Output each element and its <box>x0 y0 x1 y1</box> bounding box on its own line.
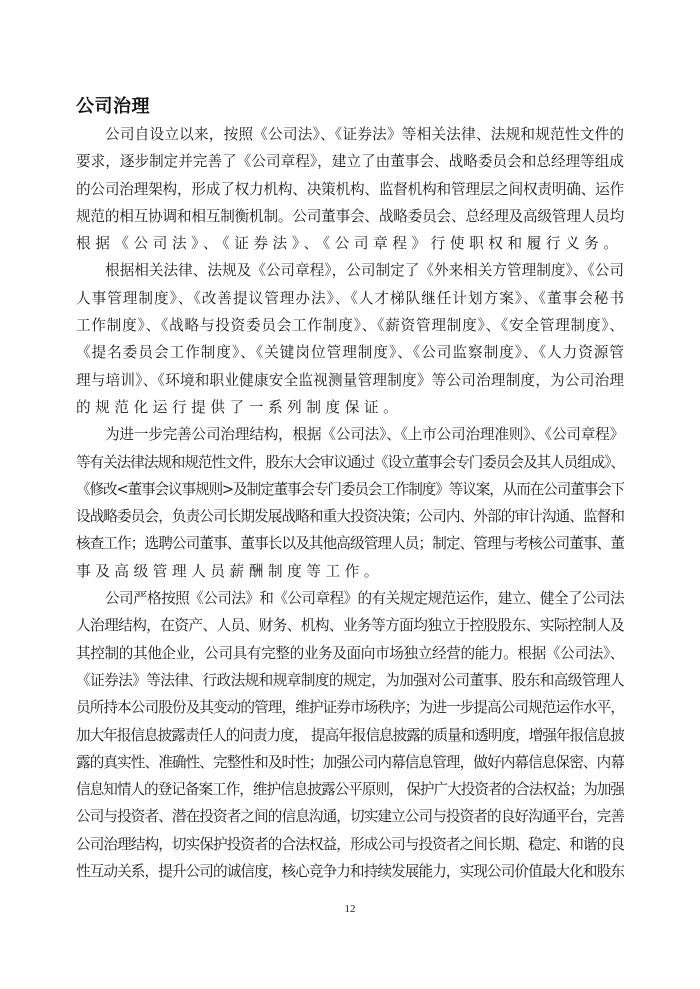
body-text: 公司自设立以来，按照《公司法》、《证券法》等相关法律、法规和规范性文件的要求，逐… <box>76 121 624 885</box>
text-line: 人治理结构，在资产、人员、财务、机构、业务等方面均独立于控股股东、实际控制人及 <box>76 612 624 639</box>
text-line: 核查工作；选聘公司董事、董事长以及其他高级管理人员；制定、管理与考核公司董事、董 <box>76 530 624 557</box>
section-heading: 公司治理 <box>76 92 150 118</box>
text-line: 加大年报信息披露责任人的问责力度， 提高年报信息披露的质量和透明度，增强年报信息… <box>76 722 624 749</box>
text-line: 等有关法律法规和规范性文件，股东大会审议通过《设立董事会专门委员会及其人员组成》… <box>76 449 624 476</box>
text-line: 《证券法》等法律、行政法规和规章制度的规定，为加强对公司董事、股东和高级管理人 <box>76 667 624 694</box>
text-line: 为进一步完善公司治理结构，根据《公司法》、《上市公司治理准则》、《公司章程》 <box>76 421 624 448</box>
text-line: 规范的相互协调和相互制衡机制。公司董事会、战略委员会、总经理及高级管理人员均 <box>76 203 624 230</box>
text-line: 公司与投资者、潜在投资者之间的信息沟通，切实建立公司与投资者的良好沟通平台，完善 <box>76 803 624 830</box>
text-line: 公司自设立以来，按照《公司法》、《证券法》等相关法律、法规和规范性文件的 <box>76 121 624 148</box>
page-number: 12 <box>0 903 700 915</box>
text-line: 要求，逐步制定并完善了《公司章程》，建立了由董事会、战略委员会和总经理等组成 <box>76 148 624 175</box>
text-line: 设战略委员会，负责公司长期发展战略和重大投资决策；公司内、外部的审计沟通、监督和 <box>76 503 624 530</box>
text-line: 性互动关系，提升公司的诚信度，核心竞争力和持续发展能力，实现公司价值最大化和股东 <box>76 858 624 885</box>
text-line: 其控制的其他企业，公司具有完整的业务及面向市场独立经营的能力。根据《公司法》、 <box>76 640 624 667</box>
text-line: 公司治理结构，切实保护投资者的合法权益，形成公司与投资者之间长期、稳定、和谐的良 <box>76 831 624 858</box>
text-line: 的规范化运行提供了一系列制度保证。 <box>76 394 624 421</box>
document-page: 公司治理 公司自设立以来，按照《公司法》、《证券法》等相关法律、法规和规范性文件… <box>0 0 700 989</box>
text-line: 事及高级管理人员薪酬制度等工作。 <box>76 558 624 585</box>
text-line: 《提名委员会工作制度》、《关键岗位管理制度》、《公司监察制度》、《人力资源管 <box>76 339 624 366</box>
text-line: 根据《公司法》、《证券法》、《公司章程》行使职权和履行义务。 <box>76 230 624 257</box>
text-line: 《修改<董事会议事规则>及制定董事会专门委员会工作制度》等议案，从而在公司董事会… <box>76 476 624 503</box>
text-line: 工作制度》、《战略与投资委员会工作制度》、《薪资管理制度》、《安全管理制度》、 <box>76 312 624 339</box>
text-line: 人事管理制度》、《改善提议管理办法》、《人才梯队继任计划方案》、《董事会秘书 <box>76 285 624 312</box>
text-line: 理与培训》、《环境和职业健康安全监视测量管理制度》等公司治理制度，为公司治理 <box>76 367 624 394</box>
text-line: 员所持本公司股份及其变动的管理，维护证券市场秩序；为进一步提高公司规范运作水平， <box>76 694 624 721</box>
text-line: 露的真实性、准确性、完整性和及时性；加强公司内幕信息管理，做好内幕信息保密、内幕 <box>76 749 624 776</box>
text-line: 公司严格按照《公司法》和《公司章程》的有关规定规范运作，建立、健全了公司法 <box>76 585 624 612</box>
text-line: 信息知情人的登记备案工作，维护信息披露公平原则， 保护广大投资者的合法权益；为加… <box>76 776 624 803</box>
text-line: 的公司治理架构，形成了权力机构、决策机构、监督机构和管理层之间权责明确、运作 <box>76 176 624 203</box>
text-line: 根据相关法律、法规及《公司章程》，公司制定了《外来相关方管理制度》、《公司 <box>76 257 624 284</box>
